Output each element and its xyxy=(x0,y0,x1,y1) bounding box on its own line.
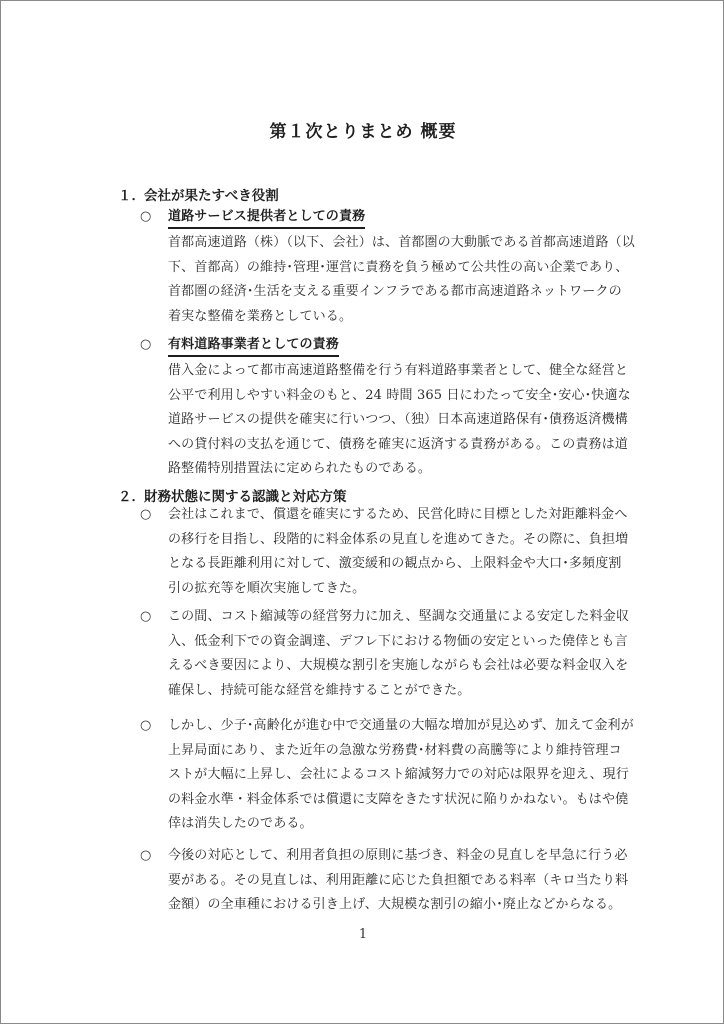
section-2-item-1: ○ 会社はこれまで、償還を確実にするため、民営化時に目標とした対距離料金へ の移… xyxy=(140,503,620,601)
section-title: 会社が果たすべき役割 xyxy=(144,188,279,204)
paragraph-line: 下、首都高）の維持･管理･運営に責務を負う極めて公共性の高い企業であり、 xyxy=(168,256,620,281)
paragraph-line: 路整備特別措置法に定められたものである。 xyxy=(168,457,620,482)
item-subheading: 有料道路事業者としての責務 xyxy=(168,335,339,357)
section-2-item-3: ○ しかし、少子･高齢化が進む中で交通量の大幅な増加が見込めず、加えて金利が 上… xyxy=(140,714,620,837)
paragraph-line: の料金水準・料金体系では償還に支障をきたす状況に陥りかねない。もはや僥 xyxy=(168,788,620,813)
paragraph-line: この間、コスト縮減等の経営努力に加え、堅調な交通量による安定した料金収 xyxy=(168,605,620,630)
circle-bullet-icon: ○ xyxy=(140,333,151,358)
section-number: １． xyxy=(118,184,144,204)
paragraph-line: えるべき要因により、大規模な割引を実施しながらも会社は必要な料金収入を xyxy=(168,654,620,679)
document-page: 第１次とりまとめ 概要 １．会社が果たすべき役割 ○ 道路サービス提供者としての… xyxy=(0,0,724,1024)
circle-bullet-icon: ○ xyxy=(140,714,151,739)
paragraph-line: 着実な整備を業務としている。 xyxy=(168,305,620,330)
circle-bullet-icon: ○ xyxy=(140,503,151,528)
paragraph-line: 借入金によって都市高速道路整備を行う有料道路事業者として、健全な経営と xyxy=(168,359,620,384)
paragraph-line: ストが大幅に上昇し、会社によるコスト縮減努力での対応は限界を迎え、現行 xyxy=(168,763,620,788)
paragraph-line: 倖は消失したのである。 xyxy=(168,812,620,837)
paragraph-line: の移行を目指し、段階的に料金体系の見直しを進めてきた。その際に、負担増 xyxy=(168,528,620,553)
paragraph-line: への貸付料の支払を通じて、債務を確実に返済する責務がある。この責務は道 xyxy=(168,433,620,458)
paragraph-line: 会社はこれまで、償還を確実にするため、民営化時に目標とした対距離料金へ xyxy=(168,503,620,528)
item-subheading: 道路サービス提供者としての責務 xyxy=(168,207,365,229)
circle-bullet-icon: ○ xyxy=(140,605,151,630)
section-heading-1: １．会社が果たすべき役割 xyxy=(118,184,279,204)
paragraph-line: しかし、少子･高齢化が進む中で交通量の大幅な増加が見込めず、加えて金利が xyxy=(168,714,620,739)
section-heading-2: ２．財務状態に関する認識と対応方策 xyxy=(118,485,347,505)
section-number: ２． xyxy=(118,485,144,505)
paragraph-line: 道路サービスの提供を確実に行いつつ、（独）日本高速道路保有･債務返済機構 xyxy=(168,408,620,433)
paragraph-line: 上昇局面にあり、また近年の急激な労務費･材料費の高騰等により維持管理コ xyxy=(168,739,620,764)
paragraph-line: 首都圏の経済･生活を支える重要インフラである都市高速道路ネットワークの xyxy=(168,280,620,305)
paragraph-line: 引の拡充等を順次実施してきた。 xyxy=(168,577,620,602)
section-1-item-1: ○ 道路サービス提供者としての責務 首都高速道路（株）（以下、会社）は、首都圏の… xyxy=(140,205,620,329)
paragraph-line: となる長距離利用に対して、激変緩和の観点から、上限料金や大口･多頻度割 xyxy=(168,552,620,577)
paragraph-line: 要がある。その見直しは、利用距離に応じた負担額である料率（キロ当たり料 xyxy=(168,869,620,894)
paragraph-line: 金額）の全車種における引き上げ、大規模な割引の縮小･廃止などからなる。 xyxy=(168,893,620,918)
page-number: 1 xyxy=(1,927,724,942)
paragraph-line: 今後の対応として、利用者負担の原則に基づき、料金の見直しを早急に行う必 xyxy=(168,844,620,869)
circle-bullet-icon: ○ xyxy=(140,205,151,230)
section-1-item-2: ○ 有料道路事業者としての責務 借入金によって都市高速道路整備を行う有料道路事業… xyxy=(140,333,620,482)
section-2-item-4: ○ 今後の対応として、利用者負担の原則に基づき、料金の見直しを早急に行う必 要が… xyxy=(140,844,620,918)
paragraph-line: 入、低金利下での資金調達、デフレ下における物価の安定といった僥倖とも言 xyxy=(168,630,620,655)
paragraph-line: 首都高速道路（株）（以下、会社）は、首都圏の大動脈である首都高速道路（以 xyxy=(168,231,620,256)
paragraph-line: 確保し、持続可能な経営を維持することができた。 xyxy=(168,679,620,704)
circle-bullet-icon: ○ xyxy=(140,844,151,869)
paragraph-line: 公平で利用しやすい料金のもと、24 時間 365 日にわたって安全･安心･快適な xyxy=(168,384,620,409)
document-title: 第１次とりまとめ 概要 xyxy=(1,117,724,142)
section-2-item-2: ○ この間、コスト縮減等の経営努力に加え、堅調な交通量による安定した料金収 入、… xyxy=(140,605,620,703)
